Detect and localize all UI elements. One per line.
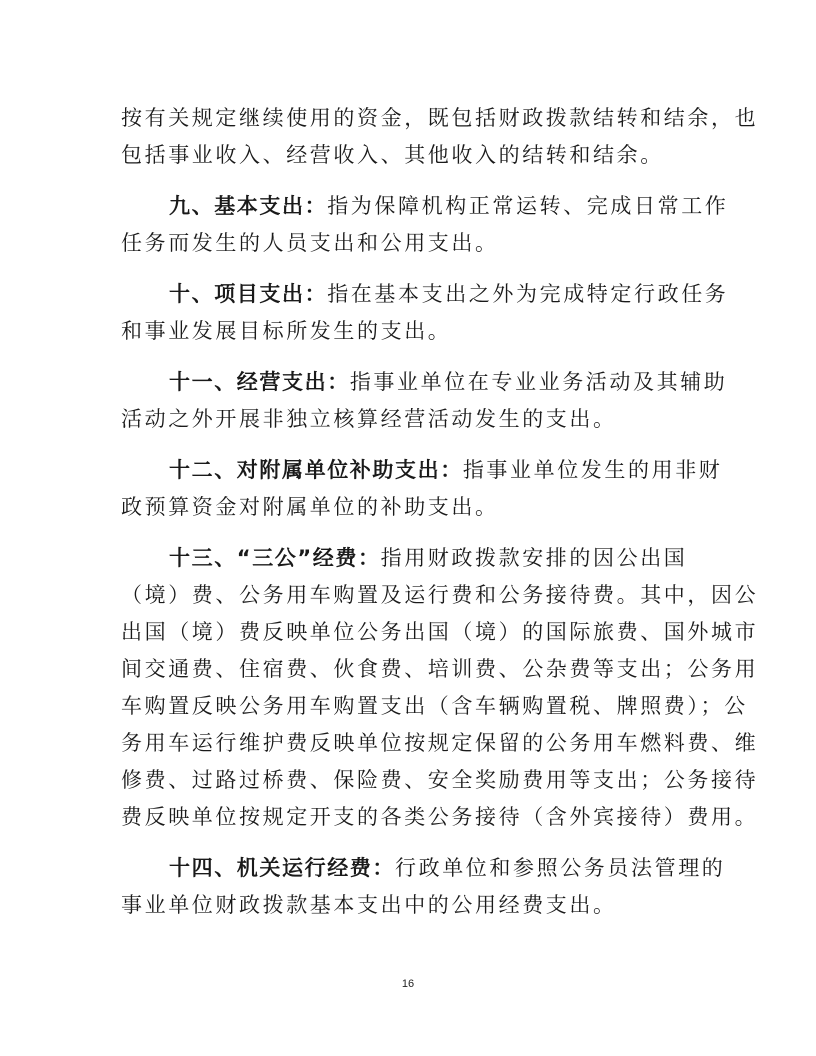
text-line: 和事业发展目标所发生的支出。 <box>121 313 695 350</box>
text-line: （境）费、公务用车购置及运行费和公务接待费。其中，因公 <box>121 577 695 614</box>
text-line: 包括事业收入、经营收入、其他收入的结转和结余。 <box>121 137 695 174</box>
text-line: 车购置反映公务用车购置支出（含车辆购置税、牌照费）；公 <box>121 688 695 725</box>
definition-three-public-expenses: 十三、“三公”经费：指用财政拨款安排的因公出国 （境）费、公务用车购置及运行费和… <box>121 540 695 836</box>
definition-text: 指在基本支出之外为完成特定行政任务 <box>327 282 728 306</box>
document-page: 按有关规定继续使用的资金，既包括财政拨款结转和结余，也 包括事业收入、经营收入、… <box>121 100 695 938</box>
definition-term: 十、项目支出： <box>169 282 327 306</box>
text-line: 出国（境）费反映单位公务出国（境）的国际旅费、国外城市 <box>121 614 695 651</box>
text-line: 费反映单位按规定开支的各类公务接待（含外宾接待）费用。 <box>121 799 695 836</box>
definition-project-expenditure: 十、项目支出：指在基本支出之外为完成特定行政任务 和事业发展目标所发生的支出。 <box>121 276 695 350</box>
definition-subsidiary-subsidy: 十二、对附属单位补助支出：指事业单位发生的用非财 政预算资金对附属单位的补助支出… <box>121 452 695 526</box>
definition-term: 十四、机关运行经费： <box>169 856 395 880</box>
text-line: 修费、过路过桥费、保险费、安全奖励费用等支出；公务接待 <box>121 762 695 799</box>
definition-term: 十三、“三公”经费： <box>169 546 381 570</box>
text-line: 按有关规定继续使用的资金，既包括财政拨款结转和结余，也 <box>121 100 695 137</box>
continuation-paragraph: 按有关规定继续使用的资金，既包括财政拨款结转和结余，也 包括事业收入、经营收入、… <box>121 100 695 174</box>
text-line: 活动之外开展非独立核算经营活动发生的支出。 <box>121 401 695 438</box>
text-line: 事业单位财政拨款基本支出中的公用经费支出。 <box>121 887 695 924</box>
text-line: 政预算资金对附属单位的补助支出。 <box>121 489 695 526</box>
definition-text: 指为保障机构正常运转、完成日常工作 <box>327 194 728 218</box>
definition-term: 十一、经营支出： <box>169 370 350 394</box>
definition-text: 指用财政拨款安排的因公出国 <box>381 546 688 570</box>
definition-basic-expenditure: 九、基本支出：指为保障机构正常运转、完成日常工作 任务而发生的人员支出和公用支出… <box>121 188 695 262</box>
definition-operating-expenditure: 十一、经营支出：指事业单位在专业业务活动及其辅助 活动之外开展非独立核算经营活动… <box>121 364 695 438</box>
text-line: 务用车运行维护费反映单位按规定保留的公务用车燃料费、维 <box>121 725 695 762</box>
definition-text: 行政单位和参照公务员法管理的 <box>395 856 725 880</box>
definition-agency-operating-costs: 十四、机关运行经费：行政单位和参照公务员法管理的 事业单位财政拨款基本支出中的公… <box>121 850 695 924</box>
page-number: 16 <box>0 978 816 990</box>
definition-term: 十二、对附属单位补助支出： <box>169 458 463 482</box>
text-line: 任务而发生的人员支出和公用支出。 <box>121 225 695 262</box>
definition-term: 九、基本支出： <box>169 194 327 218</box>
definition-text: 指事业单位在专业业务活动及其辅助 <box>350 370 728 394</box>
definition-text: 指事业单位发生的用非财 <box>463 458 723 482</box>
text-line: 间交通费、住宿费、伙食费、培训费、公杂费等支出；公务用 <box>121 651 695 688</box>
